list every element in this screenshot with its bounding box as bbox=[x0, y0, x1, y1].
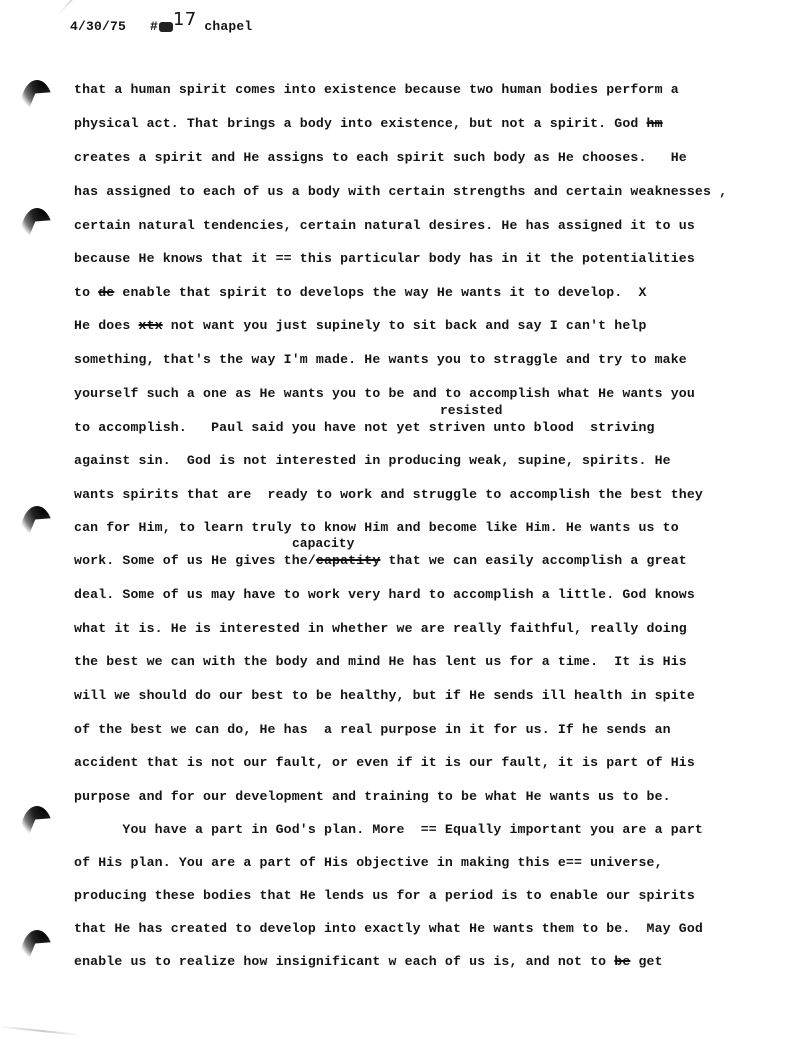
line-text: accident that is not our fault, or even … bbox=[74, 755, 695, 770]
line-text: You have a part in God's plan. More == E… bbox=[74, 822, 703, 837]
struck-out-text: be bbox=[614, 954, 630, 969]
line-text: of His plan. You are a part of His objec… bbox=[74, 855, 663, 870]
interlinear-insertion: capacity bbox=[292, 536, 354, 551]
line-text: because He knows that it == this particu… bbox=[74, 251, 695, 266]
document-page: 4/30/75 #17 chapel that a human spirit c… bbox=[0, 0, 801, 1046]
text-line: work. Some of us He gives the/capatity t… bbox=[74, 553, 687, 568]
text-line: has assigned to each of us a body with c… bbox=[74, 184, 727, 199]
text-line: because He knows that it == this particu… bbox=[74, 251, 695, 266]
text-line: physical act. That brings a body into ex… bbox=[74, 116, 663, 131]
line-text-continued: enable that spirit to develops the way H… bbox=[114, 285, 646, 300]
line-text: wants spirits that are ready to work and… bbox=[74, 487, 703, 502]
punch-hole-icon bbox=[20, 80, 54, 110]
line-text: what it is. He is interested in whether … bbox=[74, 621, 687, 636]
page-header: 4/30/75 #17 chapel bbox=[70, 14, 252, 35]
line-text: producing these bodies that He lends us … bbox=[74, 888, 695, 903]
text-line: to accomplish. Paul said you have not ye… bbox=[74, 420, 655, 435]
line-text: will we should do our best to be healthy… bbox=[74, 688, 695, 703]
struck-out-text: xtx bbox=[139, 318, 163, 333]
line-text: purpose and for our development and trai… bbox=[74, 789, 671, 804]
line-text: certain natural tendencies, certain natu… bbox=[74, 218, 695, 233]
line-text: physical act. That brings a body into ex… bbox=[74, 116, 647, 131]
text-line: to de enable that spirit to develops the… bbox=[74, 285, 647, 300]
text-line: can for Him, to learn truly to know Him … bbox=[74, 520, 679, 535]
line-text: work. Some of us He gives the/ bbox=[74, 553, 316, 568]
handwritten-number: 17 bbox=[173, 9, 196, 30]
line-text: that a human spirit comes into existence… bbox=[74, 82, 679, 97]
text-line: something, that's the way I'm made. He w… bbox=[74, 352, 687, 367]
line-text: yourself such a one as He wants you to b… bbox=[74, 386, 695, 401]
text-line: the best we can with the body and mind H… bbox=[74, 654, 687, 669]
header-title: chapel bbox=[204, 19, 252, 34]
text-line: against sin. God is not interested in pr… bbox=[74, 453, 671, 468]
line-text-continued: not want you just supinely to sit back a… bbox=[163, 318, 647, 333]
line-text: He does bbox=[74, 318, 139, 333]
header-date: 4/30/75 bbox=[70, 19, 126, 34]
scratched-out-number bbox=[159, 22, 173, 32]
line-text: has assigned to each of us a body with c… bbox=[74, 184, 727, 199]
struck-out-text: de bbox=[98, 285, 114, 300]
line-text: of the best we can do, He has a real pur… bbox=[74, 722, 671, 737]
text-line: deal. Some of us may have to work very h… bbox=[74, 587, 695, 602]
scan-smudge bbox=[2, 1026, 82, 1036]
text-line: will we should do our best to be healthy… bbox=[74, 688, 695, 703]
line-text-continued: get bbox=[630, 954, 662, 969]
text-line: that He has created to develop into exac… bbox=[74, 921, 703, 936]
punch-hole-icon bbox=[20, 208, 54, 238]
text-line: of His plan. You are a part of His objec… bbox=[74, 855, 663, 870]
text-line: certain natural tendencies, certain natu… bbox=[74, 218, 695, 233]
text-line: producing these bodies that He lends us … bbox=[74, 888, 695, 903]
line-text: that He has created to develop into exac… bbox=[74, 921, 703, 936]
header-number-prefix: # bbox=[150, 19, 158, 34]
line-text: enable us to realize how insignificant w… bbox=[74, 954, 614, 969]
text-line: wants spirits that are ready to work and… bbox=[74, 487, 703, 502]
line-text: the best we can with the body and mind H… bbox=[74, 654, 687, 669]
struck-out-text: capatity bbox=[316, 553, 381, 568]
punch-hole-icon bbox=[20, 506, 54, 536]
punch-hole-icon bbox=[20, 930, 54, 960]
text-line: purpose and for our development and trai… bbox=[74, 789, 671, 804]
line-text: against sin. God is not interested in pr… bbox=[74, 453, 671, 468]
line-text: deal. Some of us may have to work very h… bbox=[74, 587, 695, 602]
struck-out-text: hm bbox=[647, 116, 663, 131]
text-line: accident that is not our fault, or even … bbox=[74, 755, 695, 770]
text-line: He does xtx not want you just supinely t… bbox=[74, 318, 647, 333]
interlinear-insertion: resisted bbox=[440, 403, 502, 418]
text-line: of the best we can do, He has a real pur… bbox=[74, 722, 671, 737]
punch-hole-icon bbox=[20, 806, 54, 836]
text-line: creates a spirit and He assigns to each … bbox=[74, 150, 687, 165]
line-text: to bbox=[74, 285, 98, 300]
line-text-continued: that we can easily accomplish a great bbox=[380, 553, 686, 568]
text-line: enable us to realize how insignificant w… bbox=[74, 954, 663, 969]
line-text: can for Him, to learn truly to know Him … bbox=[74, 520, 679, 535]
text-line: that a human spirit comes into existence… bbox=[74, 82, 679, 97]
line-text: creates a spirit and He assigns to each … bbox=[74, 150, 687, 165]
text-line: You have a part in God's plan. More == E… bbox=[74, 822, 703, 837]
text-line: yourself such a one as He wants you to b… bbox=[74, 386, 695, 401]
line-text: to accomplish. Paul said you have not ye… bbox=[74, 420, 655, 435]
text-line: what it is. He is interested in whether … bbox=[74, 621, 687, 636]
line-text: something, that's the way I'm made. He w… bbox=[74, 352, 687, 367]
